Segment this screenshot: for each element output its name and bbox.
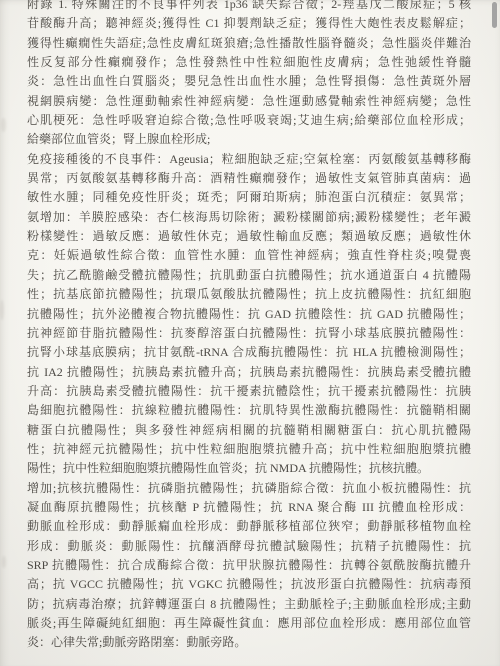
text-line: 凝血酶原抗體陽性；抗核醣 P 抗體陽性；抗 RNA 聚合酶 III 抗體血栓形成… — [27, 498, 471, 517]
text-line: 高；抗 VGCC 抗體陽性；抗 VGKC 抗體陽性；抗波形蛋白抗體陽性：抗病毒預 — [27, 575, 471, 594]
text-line: 性反复部分性癲癇發作；急性發熱性中性粒細胞性皮膚病；急性弛緩性脊髓 — [27, 53, 471, 72]
text-line: 性；抗基底節抗體陽性；抗環瓜氨酸肽抗體陽性；抗上皮抗體陽性：抗紅細胞 — [27, 285, 471, 304]
text-line: 抗腎小球基底膜病；抗甘氨酰-tRNA 合成酶抗體陽性：抗 HLA 抗體檢測陽性； — [27, 343, 471, 362]
document-page: 附錄 1. 特殊關注的不良事件列表 1p36 缺失綜合徵；2-羥基戊二酸尿症；5… — [0, 0, 500, 666]
text-line: 粉樣變性：過敏反應：過敏性休克；過敏性輸血反應；類過敏反應；過敏性休 — [27, 227, 471, 246]
text-line: 視網膜病變：急性運動軸索性神經病變：急性運動感覺軸索性神經病變；急性 — [27, 92, 471, 111]
text-line: 升高：抗胰島素受體抗體陽性：抗干擾素抗體陰性；抗干擾素抗體陽性：抗胰 — [27, 382, 471, 401]
photo-artifact — [2, 556, 6, 568]
text-line: 糖蛋白抗體陽性；與多發性神經病相關的抗髓鞘相關糖蛋白：抗心肌抗體陽 — [27, 421, 471, 440]
text-line: 克：妊娠過敏性綜合徵：血管性水腫：血管性神經病；強直性脊柱炎;嗅覺喪 — [27, 246, 471, 265]
photo-artifact — [0, 300, 4, 320]
text-line: 獲得性癲癇性失語症;急性皮膚紅斑狼瘡;急性播散性腦脊髓炎；急性腦炎伴難治 — [27, 34, 471, 53]
text-line: 抗體陽性；抗外泌體複合物抗體陽性：抗 GAD 抗體陰性：抗 GAD 抗體陽性； — [27, 305, 471, 324]
scrollbar-thumb[interactable] — [492, 2, 497, 28]
text-line: 陽性；抗中性粒細胞胞漿抗體陽性血管炎；抗 NMDA 抗體陽性；抗核抗體。 — [27, 459, 471, 478]
text-line: 島細胞抗體陽性：抗線粒體抗體陽性：抗肌特異性激酶抗體陽性：抗髓鞘相關 — [27, 401, 471, 420]
text-line: 敏性水腫；同種免疫性肝炎；斑禿；阿爾珀斯病；肺泡蛋白沉積症：氨異常； — [27, 188, 471, 207]
text-line: 給藥部位血管炎；腎上腺血栓形成; — [27, 130, 471, 149]
text-line: 炎：心律失常;動脈旁路閉塞：動脈旁路。 — [27, 633, 471, 652]
text-line: 失；抗乙酰膽鹼受體抗體陽性；抗肌動蛋白抗體陽性；抗水通道蛋白 4 抗體陽 — [27, 266, 471, 285]
text-line: 異常；丙氨酸氨基轉移酶升高：酒精性癲癇發作；過敏性支氣管肺真菌病：過 — [27, 169, 471, 188]
photo-artifact — [1, 118, 6, 132]
text-line: 形成：動脈炎：動脈陽性：抗釀酒酵母抗體試驗陽性；抗精子抗體陽性：抗 — [27, 537, 471, 556]
text-line: 心肌梗死：急性呼吸窘迫綜合徵;急性呼吸衰竭;艾迪生病;給藥部位血栓形成； — [27, 111, 471, 130]
text-line: 性；抗神經元抗體陽性；抗中性粒細胞胞漿抗體升高；抗中性粒細胞胞漿抗體 — [27, 440, 471, 459]
text-line: 炎：急性出血性白質腦炎；嬰兒急性出血性水腫；急性腎損傷：急性黃斑外層 — [27, 72, 471, 91]
text-line: 增加;抗核抗體陽性：抗磷脂抗體陽性；抗磷脂綜合徵：抗血小板抗體陽性：抗 — [27, 479, 471, 498]
text-line: 動脈血栓形成：動靜脈瘺血栓形成：動靜脈移植部位狹窄；動靜脈移植物血栓 — [27, 517, 471, 536]
text-line: 防；抗病毒治療；抗鋅轉運蛋白 8 抗體陽性；主動脈栓子;主動脈血栓形成;主動 — [27, 595, 471, 614]
document-text: 附錄 1. 特殊關注的不良事件列表 1p36 缺失綜合徵；2-羥基戊二酸尿症；5… — [27, 0, 471, 653]
text-line: 免疫接種後的不良事件：Ageusia；粒細胞缺乏症;空氣栓塞：丙氨酸氨基轉移酶 — [27, 150, 471, 169]
text-line: 氨增加：羊膜腔感染：杏仁核海馬切除術；澱粉樣關節病;澱粉樣變性；老年澱 — [27, 208, 471, 227]
text-line: 苷酸酶升高；聽神經炎;獲得性 C1 抑製劑缺乏症；獲得性大皰性表皮鬆解症； — [27, 14, 471, 33]
text-line: SRP 抗體陽性：抗合成酶綜合徵：抗甲狀腺抗體陽性：抗轉谷氨酰胺酶抗體升 — [27, 556, 471, 575]
text-line: 抗 IA2 抗體陽性；抗胰島素抗體升高；抗胰島素抗體陽性：抗胰島素受體抗體 — [27, 363, 471, 382]
text-line: 附錄 1. 特殊關注的不良事件列表 1p36 缺失綜合徵；2-羥基戊二酸尿症；5… — [27, 0, 471, 14]
text-line: 抗神經節苷脂抗體陽性：抗麥醇溶蛋白抗體陽性：抗腎小球基底膜抗體陽性： — [27, 324, 471, 343]
text-line: 脈炎;再生障礙純紅細胞：再生障礙性貧血：應用部位血栓形成：應用部位血管 — [27, 614, 471, 633]
